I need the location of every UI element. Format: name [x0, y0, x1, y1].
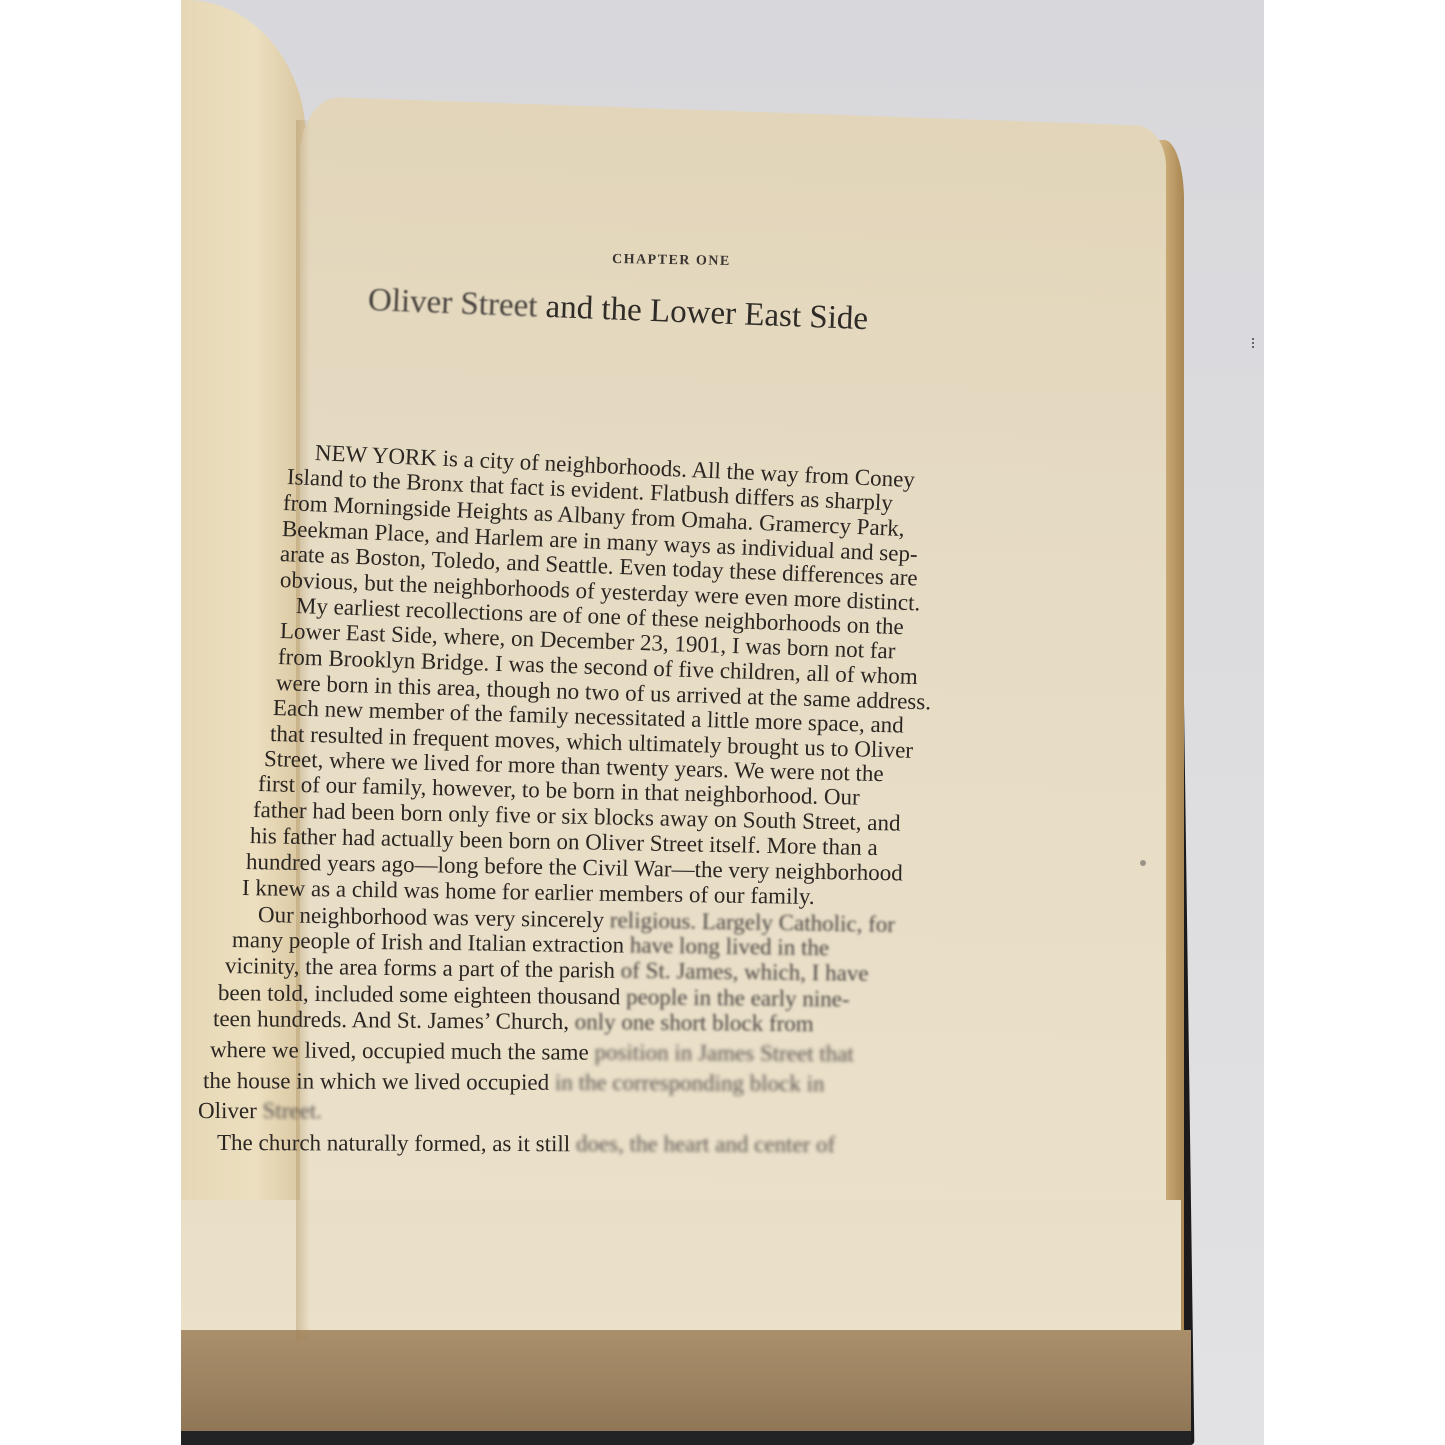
right-page-lower	[181, 1200, 1181, 1335]
chapter-title-start: Oliver Street	[367, 282, 538, 324]
text-line: The church naturally formed, as it still…	[217, 1130, 835, 1158]
backdrop-specks	[1252, 338, 1257, 348]
chapter-label: CHAPTER ONE	[612, 252, 731, 270]
text-line: the house in which we lived occupied in …	[203, 1068, 825, 1097]
page-block-bottom-edge	[181, 1330, 1191, 1445]
text-line: teen hundreds. And St. James’ Church, on…	[213, 1006, 814, 1037]
paper-spot	[1140, 860, 1146, 866]
text-line: Oliver Street.	[198, 1098, 322, 1124]
text-line: where we lived, occupied much the same p…	[210, 1037, 854, 1067]
